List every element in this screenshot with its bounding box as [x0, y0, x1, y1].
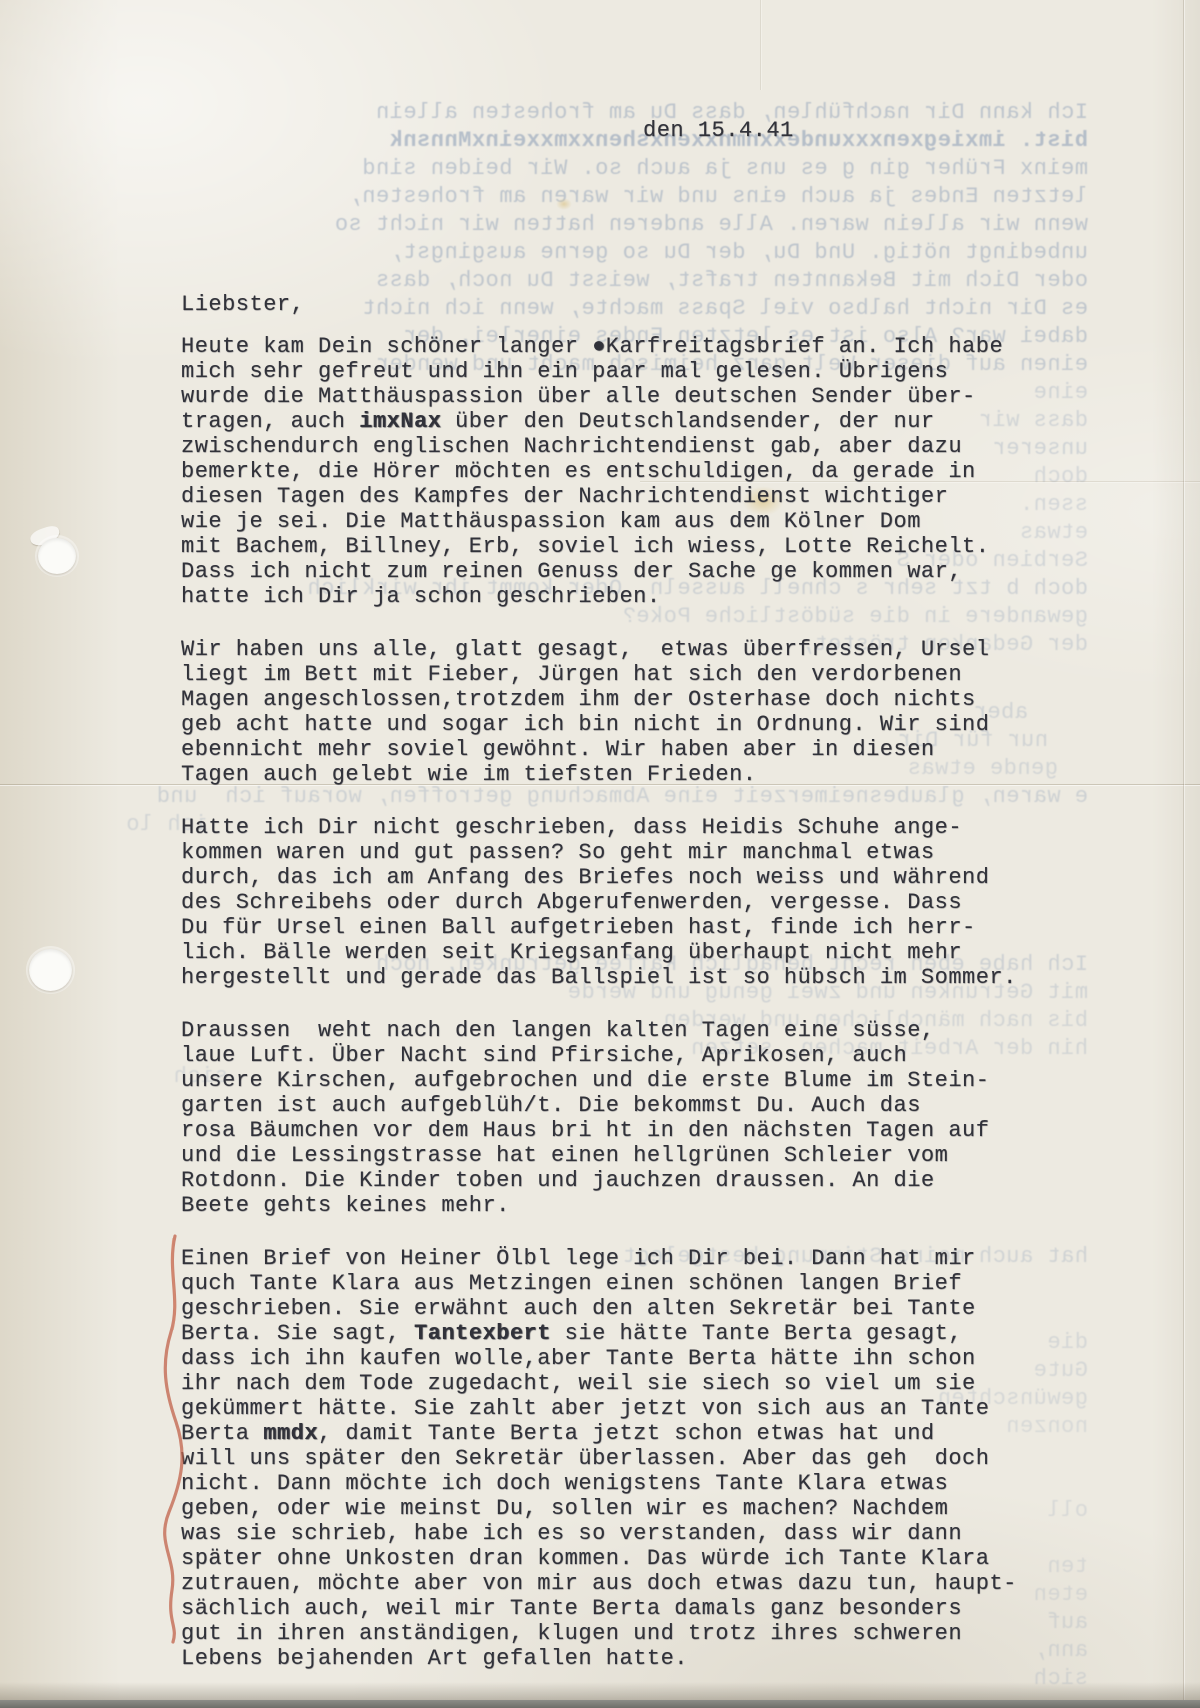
bleedthrough-text-line: es Dir nicht halbso viel Spass machte, w… — [362, 296, 1088, 322]
bleedthrough-text-line: oder Dich mit Bekannten trafst, weisst D… — [375, 268, 1088, 294]
bleedthrough-text-line: wenn wir allein waren. Alle anderen hatt… — [334, 212, 1088, 238]
letter-body: Heute kam Dein schöner langer ●Karfreita… — [181, 334, 1051, 1699]
paragraph: Draussen weht nach den langen kalten Tag… — [181, 1018, 1051, 1218]
letter-date: den 15.4.41 — [643, 118, 794, 143]
bleedthrough-text-line: ten — [1047, 1554, 1088, 1580]
paper-stain — [556, 198, 572, 210]
red-margin-line — [150, 1228, 210, 1648]
scan-background-strip — [0, 1700, 1200, 1708]
paragraph: Heute kam Dein schöner langer ●Karfreita… — [181, 334, 1051, 609]
right-edge-crease — [1183, 0, 1184, 1700]
paper-bottom-shadow — [0, 1682, 1200, 1700]
letter-salutation: Liebster, — [181, 292, 304, 317]
paragraph: Einen Brief von Heiner Ölbl lege ich Dir… — [181, 1246, 1051, 1671]
bleedthrough-text-line: meinx Früher gin g es uns ja auch so. Wi… — [362, 156, 1088, 182]
top-crease — [760, 0, 761, 90]
punch-hole — [29, 949, 72, 991]
punch-hole — [38, 538, 76, 574]
bleedthrough-text-line: die — [1047, 1330, 1088, 1356]
letter-paper: Ich kann Dir nachfühlen, dass Du am froh… — [0, 0, 1200, 1708]
bleedthrough-text-line: oll — [1047, 1498, 1088, 1524]
bleedthrough-text-line: unbedingt nötig. Und Du, der Du so gerne… — [389, 240, 1088, 266]
paragraph: Wir haben uns alle, glatt gesagt, etwas … — [181, 637, 1051, 787]
bleedthrough-text-line: letzten Endes ja auch eins und wir waren… — [348, 184, 1088, 210]
paragraph: Hatte ich Dir nicht geschrieben, dass He… — [181, 815, 1051, 990]
bleedthrough-text-line: auf — [1047, 1610, 1088, 1636]
